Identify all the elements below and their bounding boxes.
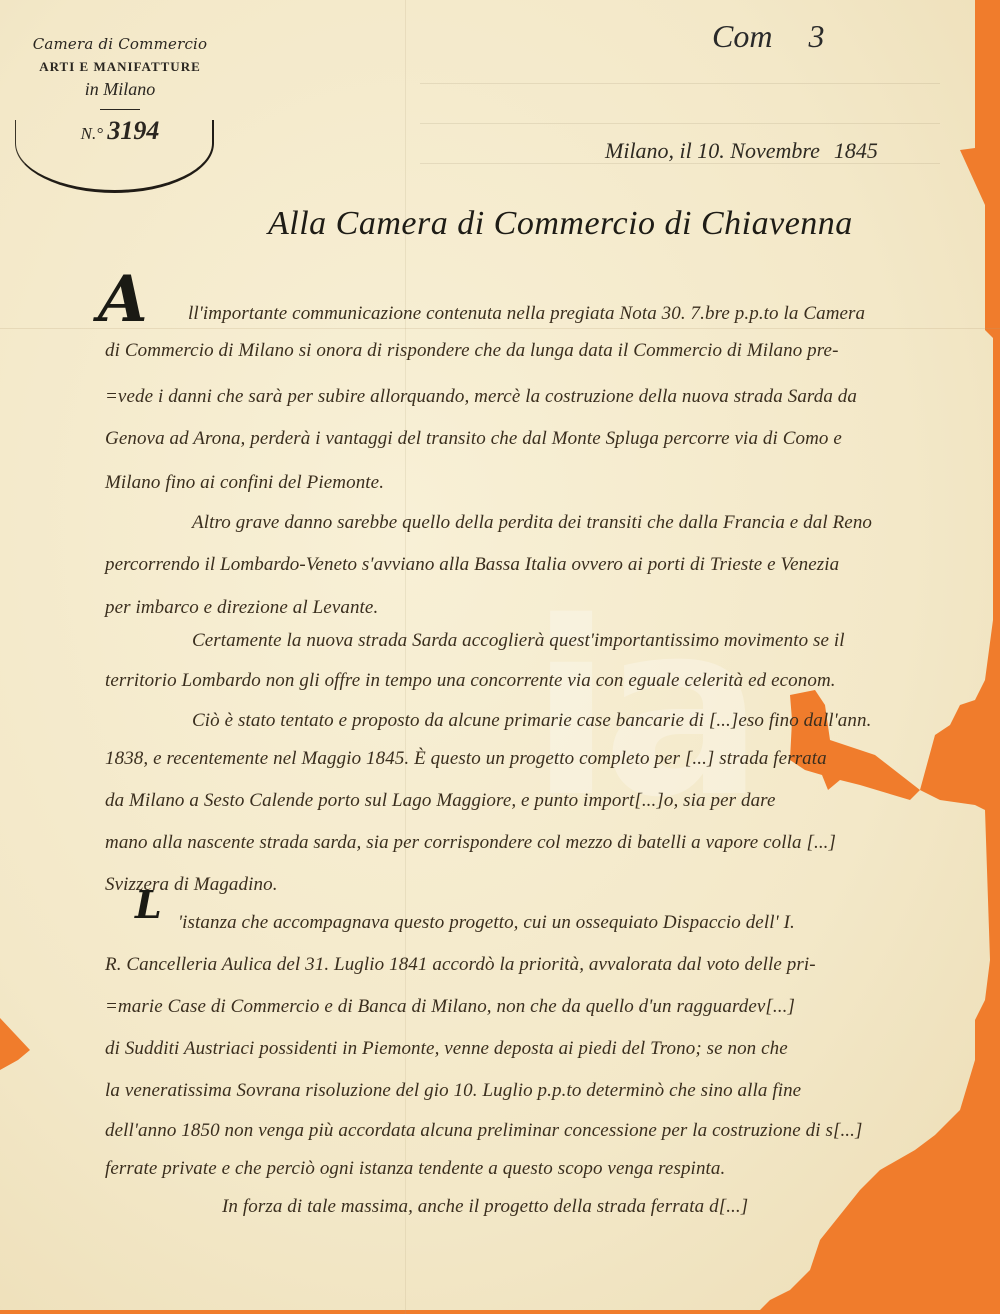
body-line: R. Cancelleria Aulica del 31. Luglio 184… [105, 954, 816, 976]
body-line: da Milano a Sesto Calende porto sul Lago… [105, 790, 776, 812]
body-line: per imbarco e direzione al Levante. [105, 597, 378, 619]
body-line: di Commercio di Milano si onora di rispo… [105, 340, 839, 362]
body-line: percorrendo il Lombardo-Veneto s'avviano… [105, 554, 839, 576]
dateline-place-date: Milano, il 10. Novembre [605, 138, 820, 163]
body-line: territorio Lombardo non gli offre in tem… [105, 670, 836, 692]
archival-note-number: 3 [808, 18, 824, 54]
fold-crease-horizontal [0, 328, 1000, 329]
body-line: la veneratissima Sovrana risoluzione del… [105, 1080, 801, 1102]
drop-cap: A [98, 262, 148, 337]
dateline: Milano, il 10. Novembre1845 [605, 138, 878, 164]
body-line: 'istanza che accompagnava questo progett… [178, 912, 795, 934]
body-line: ferrate private e che perciò ogni istanz… [105, 1158, 725, 1180]
letterhead-subtitle: ARTI E MANIFATTURE [20, 59, 220, 75]
body-line: In forza di tale massima, anche il proge… [222, 1196, 748, 1218]
body-line: Milano fino ai confini del Piemonte. [105, 472, 384, 494]
body-line: dell'anno 1850 non venga più accordata a… [105, 1120, 863, 1142]
archival-note: Com3 [712, 18, 824, 55]
body-line: mano alla nascente strada sarda, sia per… [105, 832, 836, 854]
body-line: Certamente la nuova strada Sarda accogli… [192, 630, 845, 652]
body-line: Ciò è stato tentato e proposto da alcune… [192, 710, 871, 732]
letter-paper [0, 0, 1000, 1314]
addressee: Alla Camera di Commercio di Chiavenna [268, 205, 853, 243]
body-line: Altro grave danno sarebbe quello della p… [192, 512, 872, 534]
letterhead-title: Camera di Commercio [20, 35, 220, 53]
letterhead-rule [100, 109, 140, 110]
fold-crease-vertical [405, 0, 406, 1314]
body-line: ll'importante communicazione contenuta n… [188, 303, 865, 325]
archival-note-text: Com [712, 18, 772, 54]
dateline-year: 1845 [834, 138, 878, 163]
body-line: 1838, e recentemente nel Maggio 1845. È … [105, 748, 827, 770]
body-line: =marie Case di Commercio e di Banca di M… [105, 996, 795, 1018]
body-line: Svizzera di Magadino. [105, 874, 278, 896]
letterhead-city: in Milano [20, 79, 220, 100]
body-line: di Sudditi Austriaci possidenti in Piemo… [105, 1038, 788, 1060]
body-line: =vede i danni che sarà per subire allorq… [105, 386, 857, 408]
body-line: Genova ad Arona, perderà i vantaggi del … [105, 428, 842, 450]
